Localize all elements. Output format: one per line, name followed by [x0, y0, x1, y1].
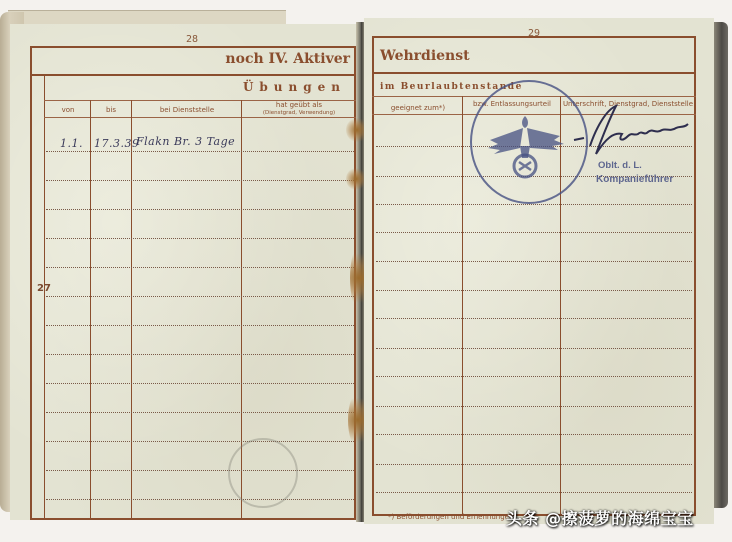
- row-line: [376, 406, 692, 407]
- row-line: [376, 318, 692, 319]
- section-title: Wehrdienst: [380, 48, 470, 64]
- column-header-geeignet: geeignet zum*): [374, 104, 462, 112]
- divider: [30, 74, 356, 76]
- entry-von: 1.1.: [60, 137, 83, 150]
- faded-stamp: [228, 438, 298, 508]
- column-header-dienststelle: bei Dienststelle: [133, 106, 241, 114]
- row-line: [46, 325, 354, 326]
- row-line: [376, 464, 692, 465]
- right-page: 29 Wehrdienst im Beurlaubtenstande geeig…: [364, 18, 714, 524]
- column-header-von: von: [46, 106, 90, 114]
- row-line: [376, 261, 692, 262]
- row-line: [46, 151, 354, 152]
- row-line: [46, 354, 354, 355]
- column-rule: [90, 100, 91, 518]
- signature: [566, 98, 696, 158]
- row-line: [46, 267, 354, 268]
- watermark: 头条 @擦菠萝的海绵宝宝: [506, 506, 694, 529]
- row-line: [46, 296, 354, 297]
- row-line: [376, 434, 692, 435]
- page-number: 28: [186, 34, 198, 45]
- divider: [372, 72, 696, 74]
- open-service-book: 28 noch IV. Aktiver Übungen von bis bei …: [0, 0, 732, 542]
- row-line: [46, 180, 354, 181]
- entry-bis: 17.3.39: [94, 137, 140, 150]
- section-title: noch IV. Aktiver: [225, 51, 350, 67]
- row-line: [46, 470, 354, 471]
- column-rule: [131, 100, 132, 518]
- row-line: [376, 290, 692, 291]
- row-line: [376, 348, 692, 349]
- row-line: [46, 238, 354, 239]
- rank-stamp-line: Oblt. d. L.: [598, 160, 642, 171]
- left-page: 28 noch IV. Aktiver Übungen von bis bei …: [10, 24, 358, 520]
- column-header-bis: bis: [92, 106, 130, 114]
- row-line: [46, 412, 354, 413]
- entry-dienststelle: Flakn Br. 3 Tage: [136, 135, 235, 148]
- section-subtitle: Übungen: [243, 80, 346, 94]
- margin-rule: [44, 74, 45, 518]
- column-header-geuebt-als: hat geübt als (Dienstgrad, Verwendung): [243, 101, 355, 117]
- row-line: [46, 209, 354, 210]
- row-line: [376, 204, 692, 205]
- row-line: [376, 492, 692, 493]
- row-line: [46, 499, 354, 500]
- column-rule: [462, 96, 463, 514]
- row-line: [46, 441, 354, 442]
- eagle-icon: [484, 110, 566, 180]
- margin-number: 27: [37, 283, 51, 294]
- row-line: [376, 232, 692, 233]
- footnote: *) Beförderungen und Ernennungen: [388, 513, 513, 521]
- role-stamp-line: Kompanieführer: [596, 174, 673, 185]
- right-cover-edge: [712, 22, 728, 508]
- row-line: [46, 383, 354, 384]
- row-line: [376, 376, 692, 377]
- stain: [346, 168, 366, 190]
